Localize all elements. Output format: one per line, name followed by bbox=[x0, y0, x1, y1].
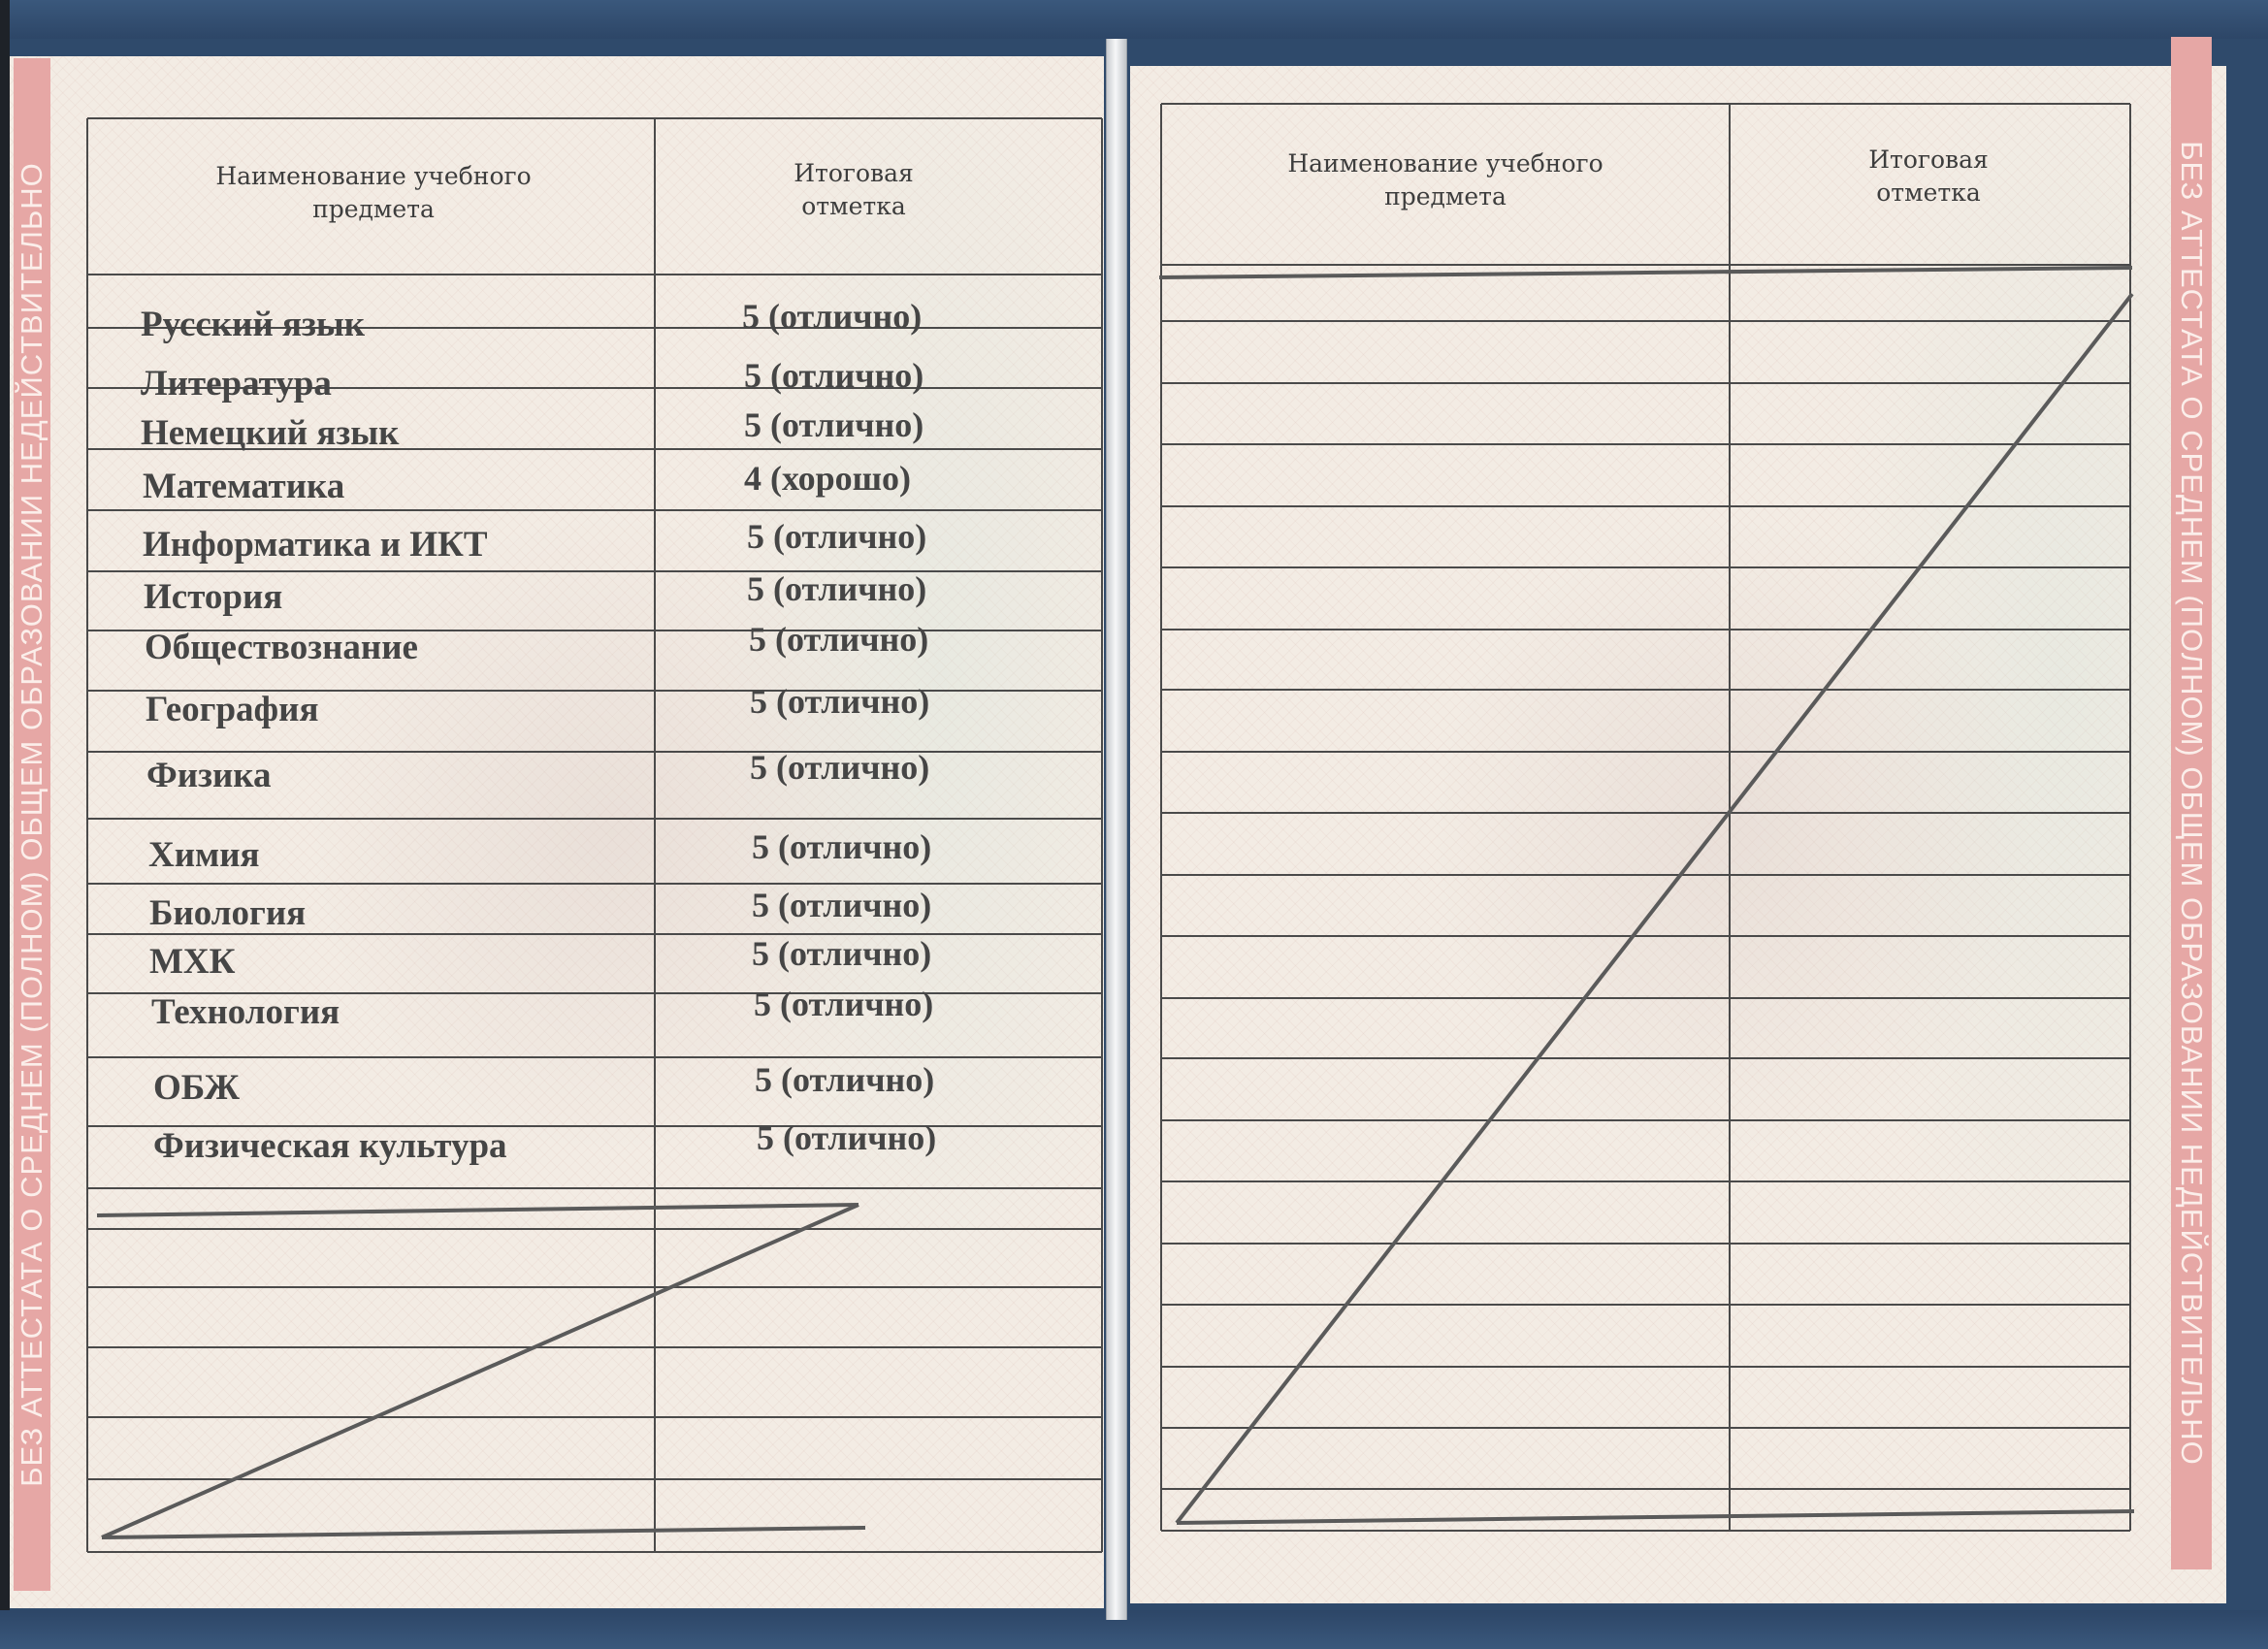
final-grade: 5 (отлично) bbox=[757, 1117, 936, 1158]
left-header-grade: Итоговая отметка bbox=[757, 157, 951, 223]
subject-name: Химия bbox=[148, 834, 260, 876]
final-grade: 5 (отлично) bbox=[747, 516, 926, 557]
subject-name: Литература bbox=[141, 363, 332, 404]
subject-name: Технология bbox=[151, 991, 340, 1033]
final-grade: 5 (отлично) bbox=[747, 568, 926, 609]
right-header-grade: Итоговая отметка bbox=[1831, 144, 2025, 210]
final-grade: 5 (отлично) bbox=[754, 984, 933, 1024]
subject-name: Математика bbox=[143, 466, 344, 507]
subject-name: Обществознание bbox=[145, 627, 418, 668]
subject-name: Немецкий язык bbox=[141, 412, 399, 454]
final-grade: 5 (отлично) bbox=[755, 1059, 934, 1100]
final-grade: 5 (отлично) bbox=[752, 933, 931, 974]
subject-name: МХК bbox=[149, 941, 235, 983]
left-header-subject: Наименование учебного предмета bbox=[189, 160, 558, 226]
final-grade: 5 (отлично) bbox=[752, 885, 931, 925]
final-grade: 5 (отлично) bbox=[750, 747, 929, 788]
final-grade: 5 (отлично) bbox=[744, 404, 923, 445]
subject-name: Русский язык bbox=[141, 304, 365, 345]
subject-name: История bbox=[144, 576, 282, 618]
subject-name: Информатика и ИКТ bbox=[143, 524, 488, 566]
subject-name: Биология bbox=[149, 892, 306, 934]
final-grade: 5 (отлично) bbox=[744, 355, 923, 396]
subject-name: ОБЖ bbox=[153, 1067, 240, 1109]
final-grade: 5 (отлично) bbox=[742, 296, 922, 337]
final-grade: 5 (отлично) bbox=[750, 681, 929, 722]
final-grade: 4 (хорошо) bbox=[744, 458, 911, 499]
subject-name: Физика bbox=[146, 755, 272, 796]
right-header-subject: Наименование учебного предмета bbox=[1261, 147, 1630, 213]
final-grade: 5 (отлично) bbox=[749, 619, 928, 660]
subject-name: География bbox=[146, 689, 318, 730]
table-grid-lines bbox=[0, 0, 2268, 1649]
final-grade: 5 (отлично) bbox=[752, 826, 931, 867]
subject-name: Физическая культура bbox=[153, 1125, 507, 1167]
